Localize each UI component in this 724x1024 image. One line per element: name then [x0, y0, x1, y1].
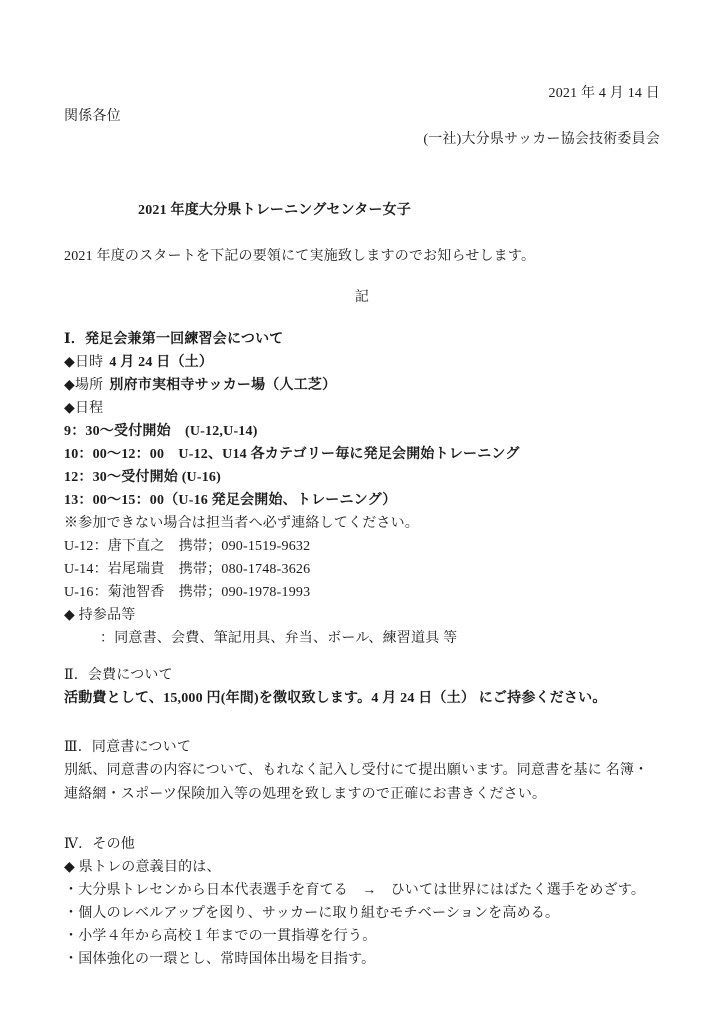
- schedule-line: 10：00～12：00 U-12、U14 各カテゴリー毎に発足会開始トレーニング: [64, 443, 660, 466]
- belongings-items: ：同意書、会費、筆記用具、弁当、ボール、練習道具 等: [64, 627, 660, 650]
- section-2: Ⅱ．会費について 活動費として、15,000 円(年間)を徴収致します。4 月 …: [64, 664, 660, 710]
- schedule-line: 13：00～15：00（U-16 発足会開始、トレーニング）: [64, 489, 660, 512]
- meeting-datetime-line: ◆日時4 月 24 日（土）: [64, 351, 660, 374]
- schedule-line: 9：30～受付開始 (U-12,U-14): [64, 420, 660, 443]
- belongings-label: ◆ 持参品等: [64, 604, 660, 627]
- meeting-place-line: ◆場所別府市実相寺サッカー場（人工芝）: [64, 374, 660, 397]
- document-page: 2021 年 4 月 14 日 関係各位 (一社)大分県サッカー協会技術委員会 …: [0, 0, 724, 1024]
- section-3: Ⅲ．同意書について 別紙、同意書の内容について、もれなく記入し受付にて提出願いま…: [64, 736, 660, 807]
- purpose-item: ・大分県トレセンから日本代表選手を育てる → ひいては世界にはばたく選手をめざす…: [64, 879, 660, 902]
- section-1-heading: Ⅰ．発足会兼第一回練習会について: [64, 328, 660, 351]
- purpose-item: ・国体強化の一環とし、常時国体出場を目指す。: [64, 948, 660, 971]
- section-4-heading: Ⅳ．その他: [64, 833, 660, 856]
- intro-text: 2021 年度のスタートを下記の要領にて実施致しますのでお知らせします。: [64, 245, 660, 268]
- contact-line: U-16：菊池智香 携帯；090-1978-1993: [64, 581, 660, 604]
- section-3-body: 別紙、同意書の内容について、もれなく記入し受付にて提出願います。同意書を基に 名…: [64, 759, 660, 807]
- section-2-body: 活動費として、15,000 円(年間)を徴収致します。4 月 24 日（土） に…: [64, 687, 660, 710]
- purpose-label: ◆ 県トレの意義目的は、: [64, 856, 660, 879]
- section-2-heading: Ⅱ．会費について: [64, 664, 660, 687]
- place-label: ◆場所: [64, 378, 103, 393]
- addressee: 関係各位: [64, 105, 660, 128]
- schedule-line: 12：30～受付開始 (U-16): [64, 466, 660, 489]
- place-value: 別府市実相寺サッカー場（人工芝）: [109, 378, 336, 393]
- datetime-label: ◆日時: [64, 355, 103, 370]
- date-line: 2021 年 4 月 14 日: [64, 82, 660, 105]
- record-marker: 記: [64, 286, 660, 309]
- section-4: Ⅳ．その他 ◆ 県トレの意義目的は、 ・大分県トレセンから日本代表選手を育てる …: [64, 833, 660, 971]
- datetime-value: 4 月 24 日（土）: [109, 355, 213, 370]
- purpose-item: ・個人のレベルアップを図り、サッカーに取り組むモチベーションを高める。: [64, 902, 660, 925]
- absence-note: ※参加できない場合は担当者へ必ず連絡してください。: [64, 512, 660, 535]
- schedule-label: ◆日程: [64, 397, 660, 420]
- contact-line: U-12：唐下直之 携帯；090-1519-9632: [64, 535, 660, 558]
- section-1: Ⅰ．発足会兼第一回練習会について ◆日時4 月 24 日（土） ◆場所別府市実相…: [64, 328, 660, 650]
- document-title: 2021 年度大分県トレーニングセンター女子: [64, 199, 660, 222]
- section-3-heading: Ⅲ．同意書について: [64, 736, 660, 759]
- contact-line: U-14：岩尾瑞貴 携帯；080-1748-3626: [64, 558, 660, 581]
- purpose-item: ・小学４年から高校１年までの一貫指導を行う。: [64, 925, 660, 948]
- organization: (一社)大分県サッカー協会技術委員会: [64, 128, 660, 151]
